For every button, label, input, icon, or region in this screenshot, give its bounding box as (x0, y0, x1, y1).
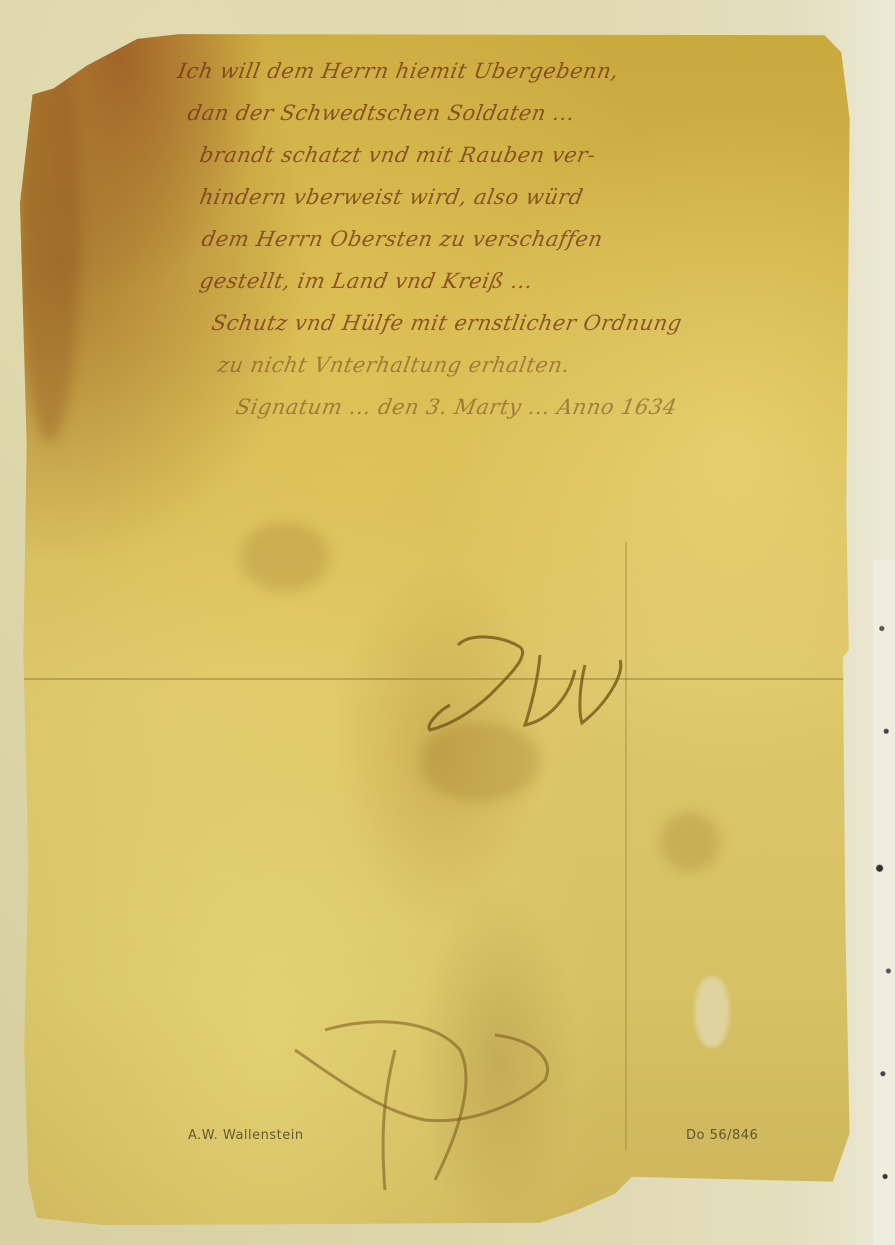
letter-date-line: Signatum ... den 3. Marty ... Anno 1634 (232, 386, 861, 428)
letter-line: Schutz vnd Hülfe mit ernstlicher Ordnung (208, 302, 861, 344)
letter-line: gestellt, im Land vnd Kreiß ... (196, 260, 861, 302)
signature-mark (410, 625, 630, 745)
letter-line: zu nicht Vnterhaltung erhalten. (214, 344, 861, 386)
letter-line: dem Herrn Obersten zu verschaffen (198, 218, 861, 260)
water-stain (240, 522, 330, 592)
monogram-flourish (285, 1010, 565, 1200)
letter-line: brandt schatzt vnd mit Rauben ver- (196, 134, 861, 176)
paper-damage (695, 977, 729, 1047)
letter-line: hindern vberweist wird, also würd (196, 176, 861, 218)
stone-wall-edge (873, 560, 895, 1245)
water-stain (660, 812, 720, 872)
archive-annotation-right: Do 56/846 (686, 1128, 758, 1143)
letter-line: Ich will dem Herrn hiemit Ubergebenn, (174, 50, 861, 92)
letter-body: Ich will dem Herrn hiemit Ubergebenn, da… (178, 50, 858, 428)
archive-annotation-left: A.W. Wallenstein (188, 1128, 304, 1143)
letter-line: dan der Schwedtschen Soldaten ... (184, 92, 861, 134)
